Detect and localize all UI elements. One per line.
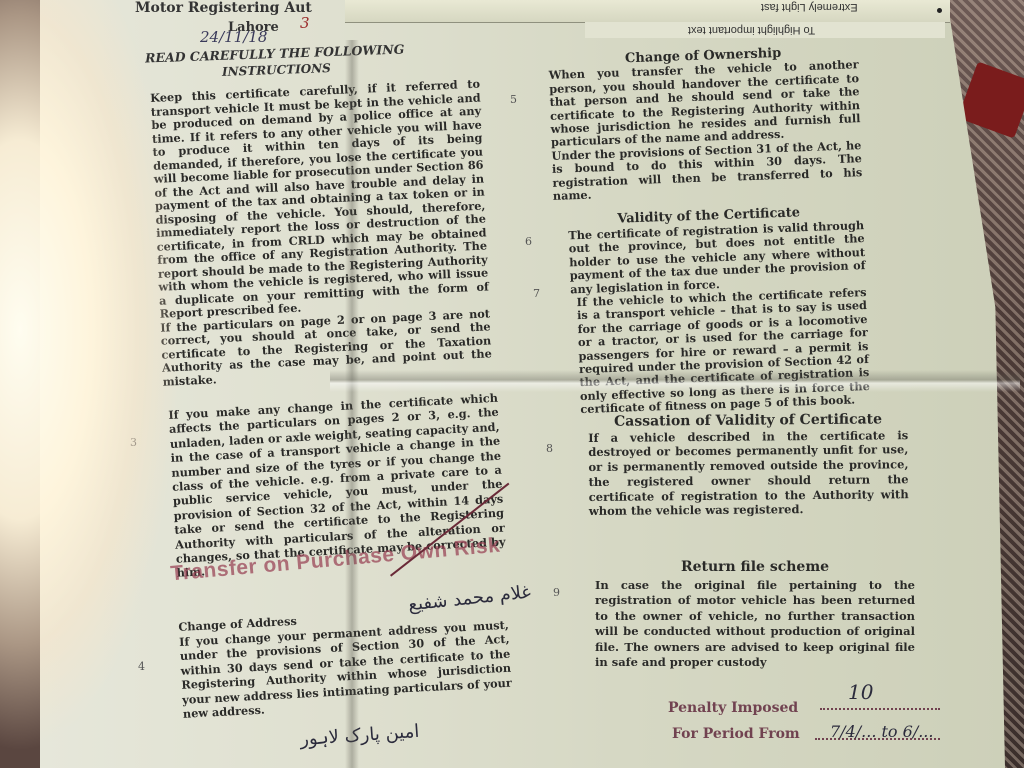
section-8-text: If a vehicle described in the certificat… [588,428,909,519]
section-5-number: 5 [510,93,517,106]
penalty-dotted-line [820,708,940,710]
section-5-text: When you transfer the vehicle to another… [549,59,862,150]
section-8: Cassation of Validity of Certificate If … [588,412,909,519]
authority-title: Motor Registering Aut [135,0,312,16]
handwritten-red-mark: 3 [300,14,310,32]
section-1: Keep this certificate carefully, if it r… [150,78,493,389]
penalty-label: Penalty Imposed [668,700,798,716]
period-label: For Period From [672,726,800,742]
section-5: Change of Ownership When you transfer th… [548,44,870,417]
section-8-heading: Cassation of Validity of Certificate [588,412,908,429]
flap-bullet-text: To Highlight important text [688,24,815,36]
section-3-number: 3 [130,436,137,449]
fabric-pattern-patch [958,62,1024,139]
period-value: 7/4/... to 6/... [830,722,933,741]
paper-fold-vertical [345,40,359,768]
section-9-heading: Return file scheme [595,560,915,576]
section-4-number: 4 [138,660,145,673]
section-6-number: 6 [525,235,532,248]
handwritten-date: 24/11/18 [200,28,267,46]
section-7-number: 7 [533,287,540,300]
section-1-text: Keep this certificate carefully, if it r… [150,78,490,322]
bullet-icon [937,8,942,13]
flap-bullet-text: Extremely Light fast [761,1,858,13]
paper-fold-horizontal [330,370,1020,392]
section-5-text-2: Under the provisions of Section 31 of th… [551,139,863,203]
section-9-number: 9 [553,586,560,599]
section-7-text: If the vehicle to which the certificate … [576,286,870,417]
top-flap: Extremely Light fast [345,0,950,23]
penalty-value: 10 [848,680,873,704]
section-9-text: In case the original file pertaining to … [595,578,915,671]
section-8-number: 8 [546,442,553,455]
section-9: Return file scheme In case the original … [595,560,915,671]
flap-second-line: To Highlight important text [585,22,945,38]
section-6-text: The certificate of registration is valid… [568,219,866,296]
